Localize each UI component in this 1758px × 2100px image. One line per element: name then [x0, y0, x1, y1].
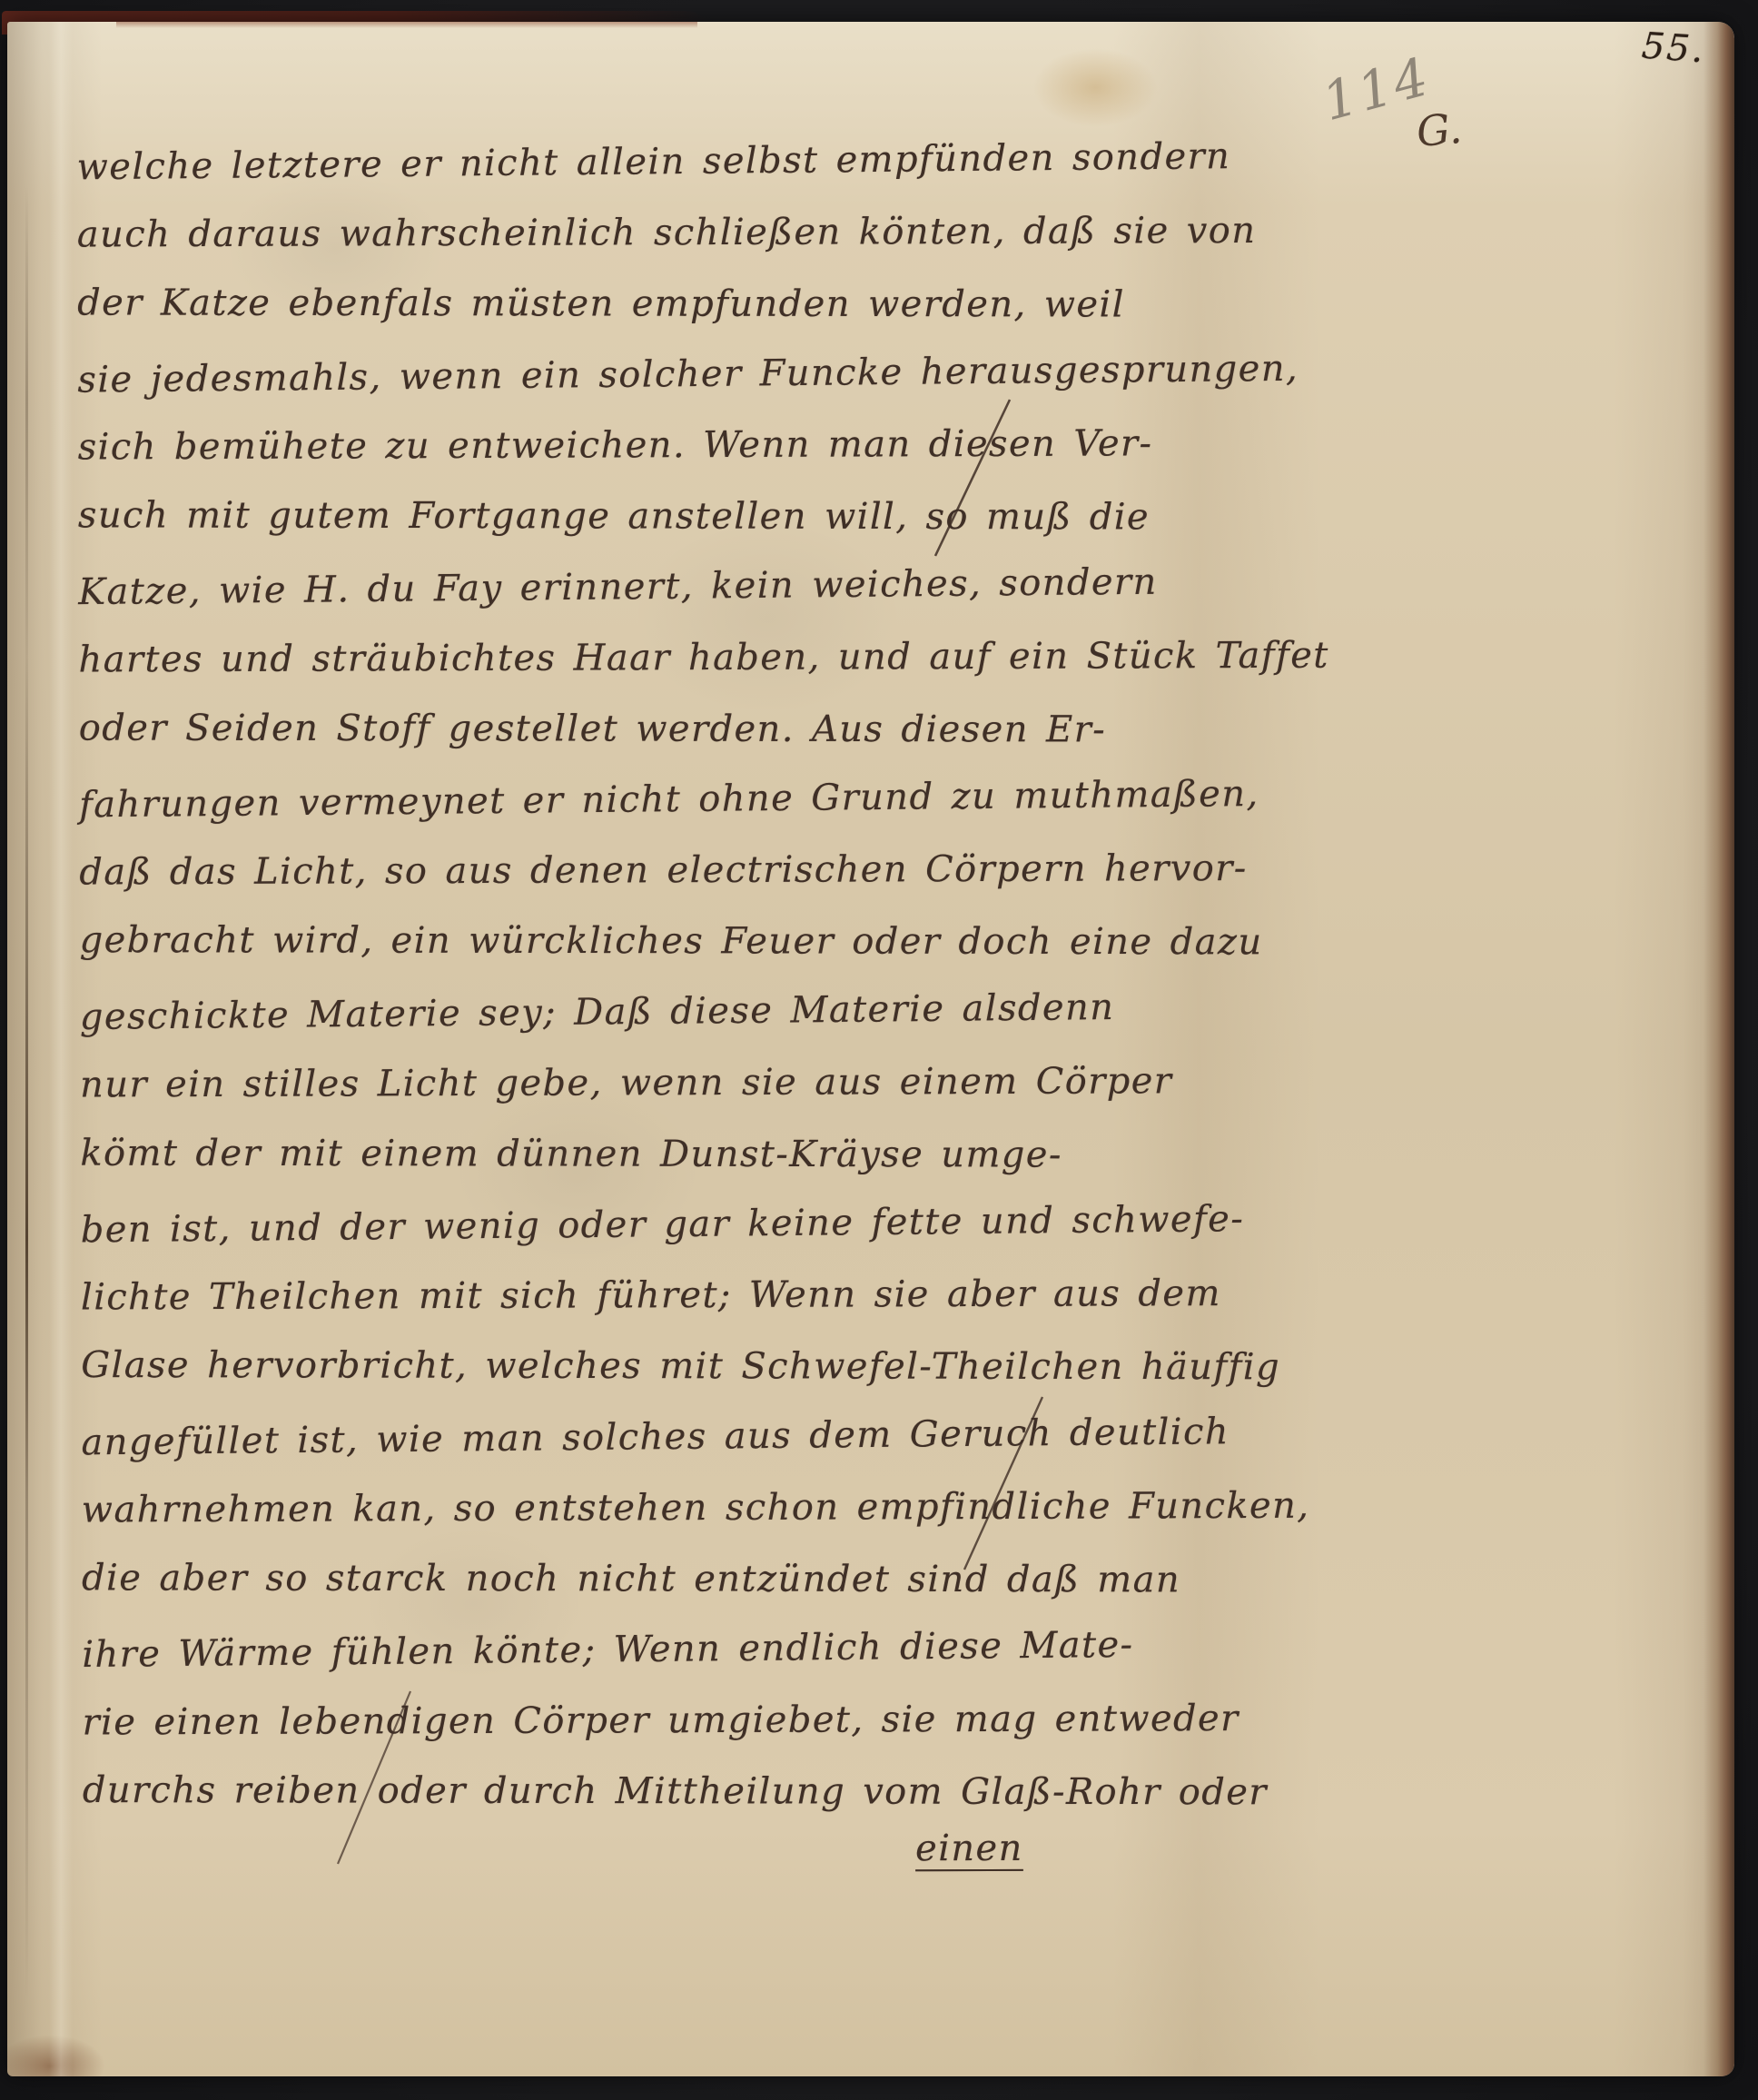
manuscript-page: 55. 114 G. welche letztere er nicht alle… [7, 22, 1734, 2076]
ink-flourish-strokes [7, 22, 1734, 2076]
book-fore-edge [1704, 22, 1734, 2076]
manuscript-scan: 55. 114 G. welche letztere er nicht alle… [0, 0, 1758, 2100]
